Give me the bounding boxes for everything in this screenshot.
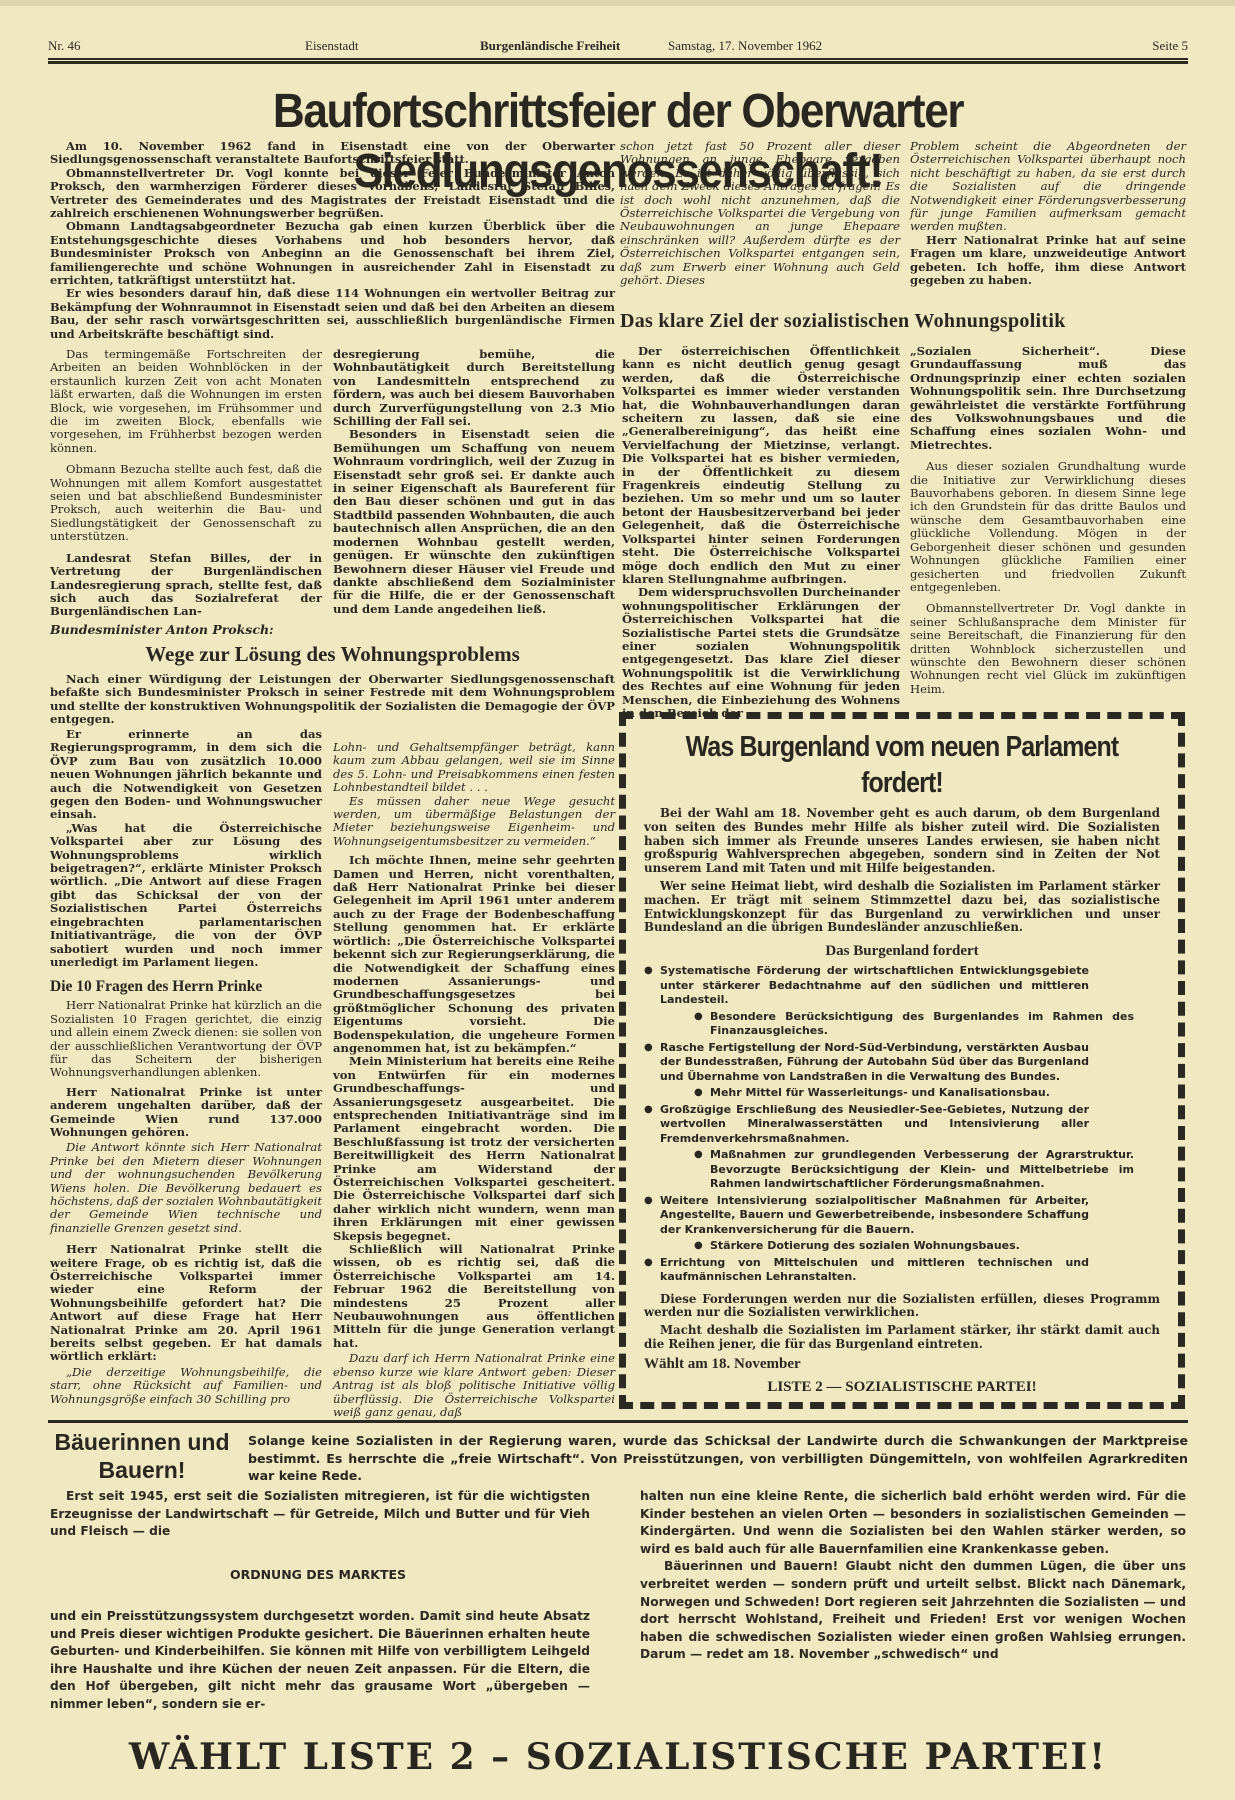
paragraph: Besonders in Eisenstadt seien die Bemühu… <box>333 428 615 616</box>
paragraph: Dazu darf ich Herrn Nationalrat Prinke e… <box>333 1352 615 1419</box>
paragraph: Obmannstellvertreter Dr. Vogl dankte in … <box>910 602 1186 696</box>
upper-right-col-b: Problem scheint die Abgeordneten der Öst… <box>910 140 1186 287</box>
paragraph: „Die derzeitige Wohnungsbeihilfe, die st… <box>50 1366 322 1406</box>
demand-item: Weitere Intensivierung sozialpolitischer… <box>644 1194 1089 1238</box>
proksch-kicker: Bundesminister Anton Proksch: <box>50 622 450 637</box>
ziel-headline: Das klare Ziel der sozialistischen Wohnu… <box>620 308 1188 334</box>
farmers-section-title: ORDNUNG DES MARKTES <box>48 1567 588 1582</box>
paragraph: Bäuerinnen und Bauern! Glaubt nicht den … <box>640 1558 1186 1664</box>
paragraph: Obmann Bezucha stellte auch fest, daß di… <box>50 463 322 543</box>
farmers-headline: Bäuerinnen und Bauern! <box>52 1428 232 1484</box>
farmers-col-left-1: Erst seit 1945, erst seit die Sozialiste… <box>50 1488 590 1541</box>
article-col-right: desregierung bemühe, die Wohnbautätigkei… <box>333 348 615 616</box>
paragraph: Dem widerspruchsvollen Durcheinander woh… <box>622 586 900 720</box>
city: Eisenstadt <box>305 38 358 54</box>
ziel-col-left: Der österreichischen Öffentlichkeit kann… <box>622 345 900 720</box>
intro-paragraph: Obmannstellvertreter Dr. Vogl konnte bei… <box>50 167 615 221</box>
paragraph: und ein Preisstützungssystem durchgesetz… <box>50 1608 590 1714</box>
paragraph: Herr Nationalrat Prinke hat auf seine Fr… <box>910 234 1186 288</box>
paragraph: Wer seine Heimat liebt, wird deshalb die… <box>644 880 1160 935</box>
issue-number: Nr. 46 <box>48 38 81 54</box>
paragraph: Nach einer Würdigung der Leistungen der … <box>50 673 615 727</box>
intro-paragraph: Obmann Landtagsabgeordneter Bezucha gab … <box>50 220 615 287</box>
ziel-col-right: „Sozialen Sicherheit“. Diese Grundauffas… <box>910 345 1186 696</box>
demand-item: Großzügige Erschließung des Neusiedler-S… <box>644 1103 1089 1147</box>
demand-item: Mehr Mittel für Wasserleitungs- und Kana… <box>694 1086 1134 1101</box>
paragraph: halten nun eine kleine Rente, die sicher… <box>640 1488 1186 1558</box>
paragraph: Herr Nationalrat Prinke hat kürzlich an … <box>50 999 322 1079</box>
proksch-col-right: Lohn- und Gehaltsempfänger beträgt, kann… <box>333 741 615 1419</box>
paragraph: Herr Nationalrat Prinke stellt die weite… <box>50 1243 322 1364</box>
paragraph: Mein Ministerium hat bereits eine Reihe … <box>333 1055 615 1243</box>
section-divider <box>48 1420 1188 1423</box>
paragraph: Macht deshalb die Sozialisten im Parlame… <box>644 1324 1160 1352</box>
demand-item: Systematische Förderung der wirtschaftli… <box>644 964 1089 1008</box>
vote-line: Wählt am 18. November <box>644 1356 1160 1373</box>
paragraph: Diese Forderungen werden nur die Soziali… <box>644 1293 1160 1321</box>
election-box-title: Was Burgenland vom neuen Parlament forde… <box>680 729 1124 801</box>
intro-paragraph: Er wies besonders darauf hin, daß diese … <box>50 287 615 341</box>
paragraph: desregierung bemühe, die Wohnbautätigkei… <box>333 348 615 428</box>
paragraph: Der österreichischen Öffentlichkeit kann… <box>622 345 900 586</box>
newspaper-page: Nr. 46 Eisenstadt Burgenländische Freihe… <box>0 0 1235 1800</box>
paragraph: Die Antwort könnte sich Herr Nationalrat… <box>50 1141 322 1235</box>
paragraph: Aus dieser sozialen Grundhaltung wurde d… <box>910 460 1186 594</box>
closing-slogan: WÄHLT LISTE 2 – SOZIALISTISCHE PARTEI! <box>48 1736 1188 1778</box>
paragraph: Schließlich will Nationalrat Prinke wiss… <box>333 1243 615 1350</box>
election-box: Was Burgenland vom neuen Parlament forde… <box>619 712 1185 1409</box>
farmers-col-left-2: und ein Preisstützungssystem durchgesetz… <box>50 1608 590 1714</box>
paragraph: Bei der Wahl am 18. November geht es auc… <box>644 807 1160 876</box>
masthead: Nr. 46 Eisenstadt Burgenländische Freihe… <box>48 38 1188 56</box>
farmers-lead: Solange keine Sozialisten in der Regieru… <box>248 1432 1188 1485</box>
farmers-col-right: halten nun eine kleine Rente, die sicher… <box>640 1488 1186 1664</box>
intro-paragraph: Am 10. November 1962 fand in Eisenstadt … <box>50 140 615 167</box>
proksch-headline: Wege zur Lösung des Wohnungsproblems <box>50 640 615 668</box>
paragraph: Ich möchte Ihnen, meine sehr geehrten Da… <box>333 854 615 1055</box>
proksch-col-left: Er erinnerte an das Regierungsprogramm, … <box>50 728 322 1406</box>
paragraph: Lohn- und Gehaltsempfänger beträgt, kann… <box>333 741 615 795</box>
issue-date: Samstag, 17. November 1962 <box>668 38 822 54</box>
paragraph: Landesrat Stefan Billes, der in Vertretu… <box>50 552 322 619</box>
list-line: LISTE 2 — SOZIALISTISCHE PARTEI! <box>644 1379 1160 1396</box>
demand-item: Maßnahmen zur grundlegenden Verbesserung… <box>694 1148 1134 1192</box>
paragraph: „Sozialen Sicherheit“. Diese Grundauffas… <box>910 345 1186 452</box>
paragraph: Das termingemäße Fortschreiten der Arbei… <box>50 348 322 455</box>
page-number: Seite 5 <box>1152 38 1188 54</box>
demand-item: Besondere Berücksichtigung des Burgenlan… <box>694 1010 1134 1039</box>
demands-title: Das Burgenland fordert <box>644 943 1160 960</box>
article-col-left: Das termingemäße Fortschreiten der Arbei… <box>50 348 322 619</box>
proksch-lead: Nach einer Würdigung der Leistungen der … <box>50 673 615 727</box>
paragraph: schon jetzt fast 50 Prozent aller dieser… <box>620 140 900 287</box>
election-closing: Diese Forderungen werden nur die Soziali… <box>644 1293 1160 1352</box>
paragraph: Herr Nationalrat Prinke ist unter andere… <box>50 1086 322 1140</box>
newspaper-name: Burgenländische Freiheit <box>480 38 620 54</box>
scan-edge <box>0 0 1235 6</box>
masthead-rule <box>48 58 1188 64</box>
demands-list: Systematische Förderung der wirtschaftli… <box>644 964 1160 1285</box>
demand-item: Errichtung von Mittelschulen und mittler… <box>644 1256 1089 1285</box>
paragraph: „Was hat die Österreichische Volkspartei… <box>50 822 322 969</box>
prinke-subhead: Die 10 Fragen des Herrn Prinke <box>50 977 322 997</box>
demand-item: Stärkere Dotierung des sozialen Wohnungs… <box>694 1239 1134 1254</box>
paragraph: Es müssen daher neue Wege gesucht werden… <box>333 795 615 849</box>
upper-right-col-a: schon jetzt fast 50 Prozent aller dieser… <box>620 140 900 287</box>
paragraph: Erst seit 1945, erst seit die Sozialiste… <box>50 1488 590 1541</box>
demand-item: Rasche Fertigstellung der Nord-Süd-Verbi… <box>644 1041 1089 1085</box>
paragraph: Problem scheint die Abgeordneten der Öst… <box>910 140 1186 234</box>
article-intro: Am 10. November 1962 fand in Eisenstadt … <box>50 140 615 341</box>
paragraph: Er erinnerte an das Regierungsprogramm, … <box>50 728 322 822</box>
election-intro: Bei der Wahl am 18. November geht es auc… <box>644 807 1160 935</box>
